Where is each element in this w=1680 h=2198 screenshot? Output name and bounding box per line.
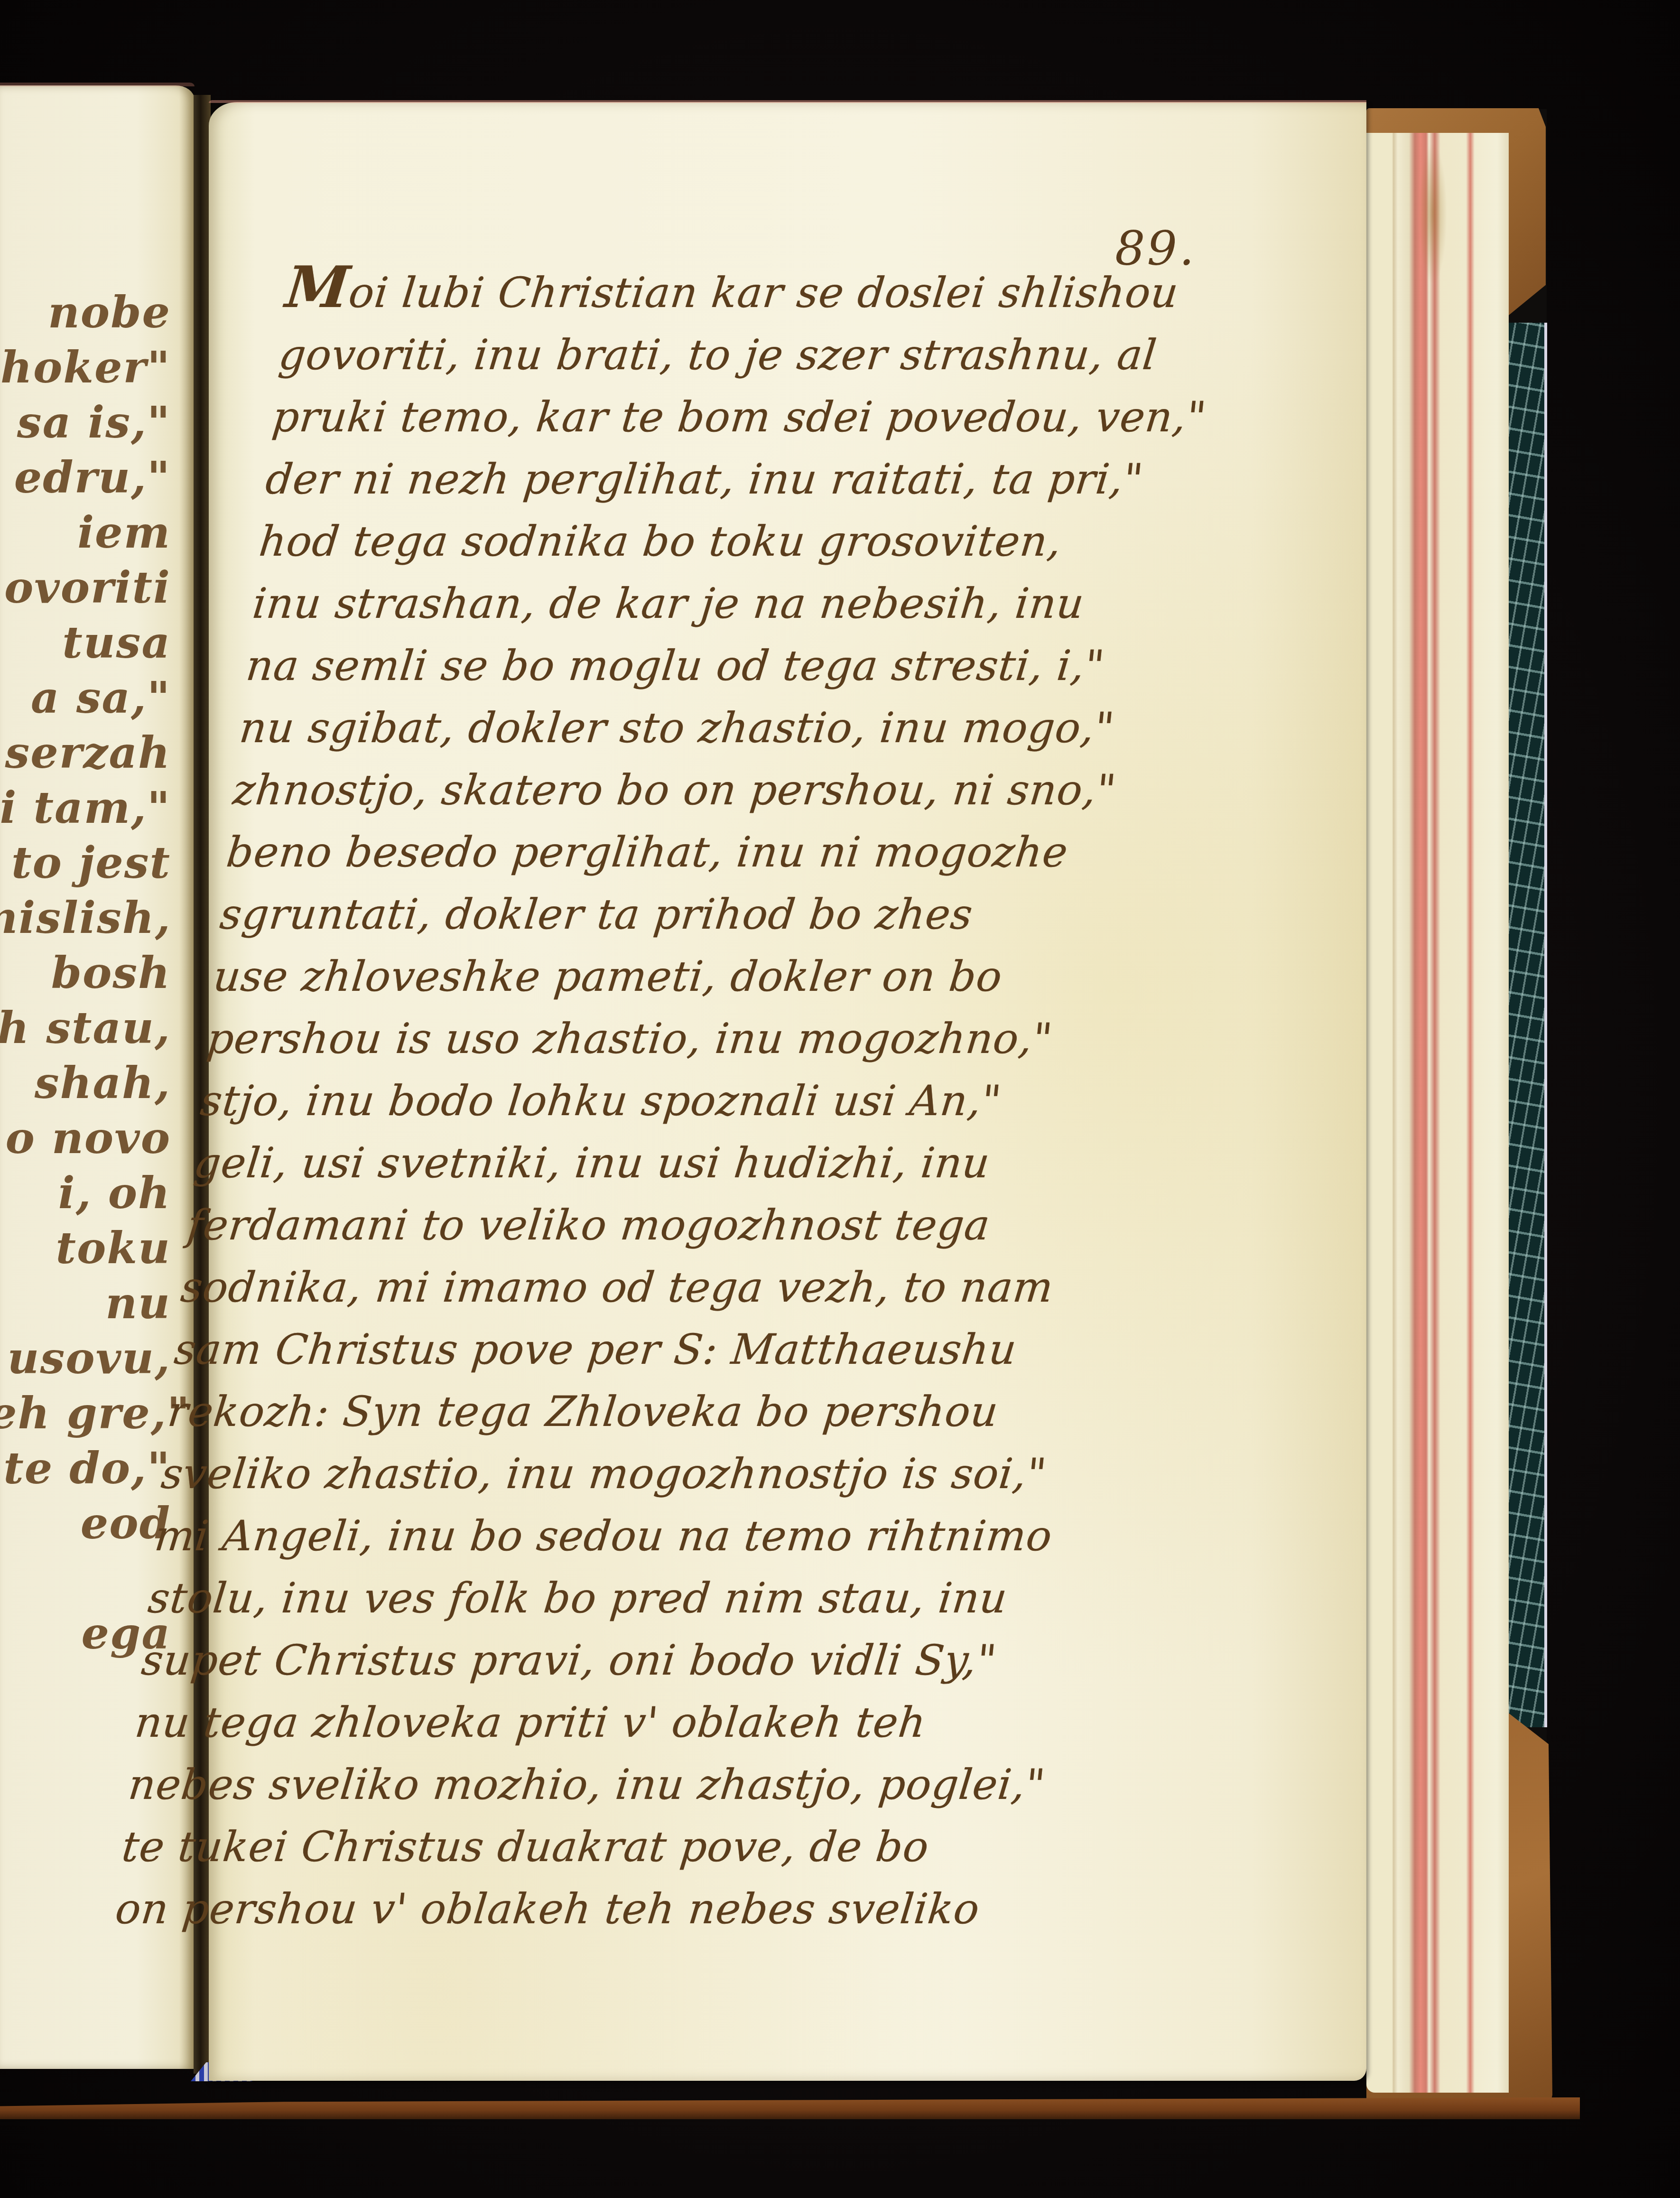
left-line: ovoriti xyxy=(0,560,171,615)
left-line: iem xyxy=(0,505,171,560)
text-line: zhnostjo, skatero bo on pershou, ni sno,… xyxy=(230,759,1299,821)
text-line: te tukei Christus duakrat pove, de bo xyxy=(119,1816,1188,1878)
left-line: i tam," xyxy=(0,780,171,835)
text-line: inu strashan, de kar je na nebesih, inu xyxy=(250,572,1319,634)
left-line: edru," xyxy=(0,450,171,505)
text-line: stolu, inu ves folk bo pred nim stau, in… xyxy=(145,1567,1215,1629)
text-line: hod tega sodnika bo toku grosoviten, xyxy=(256,510,1326,572)
text-line: geli, usi svetniki, inu usi hudizhi, inu xyxy=(191,1132,1260,1194)
text-line: nu tega zhloveka priti v' oblakeh teh xyxy=(132,1691,1201,1753)
leather-cover-bottom-edge xyxy=(0,2097,1580,2119)
text-line: pershou is uso zhastio, inu mogozhno," xyxy=(204,1007,1273,1070)
left-line: toku xyxy=(0,1220,171,1276)
text-line: use zhloveshke pameti, dokler on bo xyxy=(211,945,1280,1007)
text-line: sveliko zhastio, inu mogozhnostjo is soi… xyxy=(158,1443,1227,1505)
left-line: tusa xyxy=(0,615,171,670)
text-line: na semli se bo moglu od tega stresti, i,… xyxy=(243,634,1312,697)
left-line: mislish, xyxy=(0,890,171,945)
text-line: mi Angeli, inu bo sedou na temo rihtnimo xyxy=(152,1505,1221,1567)
text-line: stjo, inu bodo lohku spoznali usi An," xyxy=(197,1070,1267,1132)
text-line: sodnika, mi imamo od tega vezh, to nam xyxy=(178,1256,1247,1318)
page-stack-fore-edge xyxy=(1366,133,1509,2093)
left-line: a sa," xyxy=(0,670,171,725)
text-line: supet Christus pravi, oni bodo vidli Sy,… xyxy=(139,1629,1208,1691)
left-line: te do," xyxy=(0,1441,171,1496)
marbled-endpaper xyxy=(1504,323,1547,1727)
text-line: der ni nezh perglihat, inu raitati, ta p… xyxy=(263,448,1332,510)
left-line: hoker" xyxy=(0,340,171,395)
text-line: nu sgibat, dokler sto zhastio, inu mogo,… xyxy=(237,697,1306,759)
book-scan-scene: nobe hoker" sa is," edru," iem ovoriti t… xyxy=(0,0,1680,2198)
left-line: to jest xyxy=(0,835,171,890)
left-line: serzah xyxy=(0,725,171,780)
left-line: nu xyxy=(0,1276,171,1331)
left-line: h stau, xyxy=(0,1000,171,1055)
text-line: nebes sveliko mozhio, inu zhastjo, pogle… xyxy=(126,1753,1195,1816)
text-line: govoriti, inu brati, to je szer strashnu… xyxy=(276,324,1345,386)
left-line: nobe xyxy=(0,285,171,340)
text-line: rekozh: Syn tega Zhloveka bo pershou xyxy=(165,1380,1234,1443)
left-line: i, oh xyxy=(0,1165,171,1220)
left-line: usovu, xyxy=(0,1331,171,1386)
text-line: beno besedo perglihat, inu ni mogozhe xyxy=(223,821,1293,883)
left-line-blank xyxy=(0,1551,171,1606)
left-line: eod xyxy=(0,1496,171,1551)
text-line: ferdamani to veliko mogozhnost tega xyxy=(185,1194,1254,1256)
left-line: shah, xyxy=(0,1055,171,1110)
text-line: Moi lubi Christian kar se doslei shlisho… xyxy=(282,256,1352,324)
right-page-recto: 89. Moi lubi Christian kar se doslei shl… xyxy=(209,102,1366,2081)
text-line: pruki temo, kar te bom sdei povedou, ven… xyxy=(269,386,1339,448)
left-line: bosh xyxy=(0,945,171,1000)
manuscript-text: Moi lubi Christian kar se doslei shlisho… xyxy=(112,256,1352,1940)
left-line: o novo xyxy=(0,1110,171,1165)
text-line: sam Christus pove per S: Matthaeushu xyxy=(171,1318,1241,1380)
left-page-text: nobe hoker" sa is," edru," iem ovoriti t… xyxy=(0,285,171,1661)
text-line: on pershou v' oblakeh teh nebes sveliko xyxy=(112,1878,1182,1940)
left-line: sa is," xyxy=(0,395,171,450)
left-line: ieh gre," xyxy=(0,1386,171,1441)
text-line: sgruntati, dokler ta prihod bo zhes xyxy=(217,883,1286,945)
